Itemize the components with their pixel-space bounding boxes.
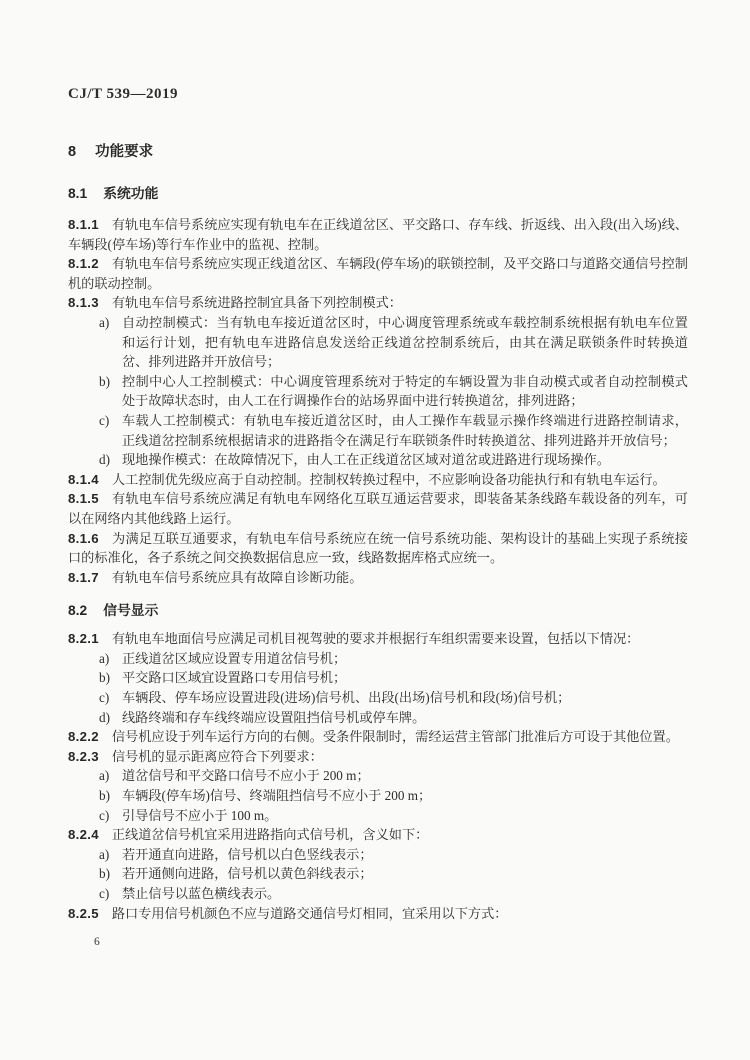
list-marker: c) (99, 884, 109, 904)
document-page: CJ/T 539—2019 8功能要求 8.1系统功能 8.1.1有轨电车信号系… (0, 0, 750, 1060)
clause-8-2-1: 8.2.1有轨电车地面信号应满足司机目视驾驶的要求并根据行车组织需要来设置，包括… (68, 629, 688, 649)
chapter-title: 功能要求 (95, 144, 153, 160)
list-marker: c) (99, 411, 109, 431)
list-item: a)自动控制模式：当有轨电车接近道岔区时，中心调度管理系统或车载控制系统根据有轨… (68, 313, 688, 372)
list-item: a)正线道岔区域应设置专用道岔信号机； (68, 649, 688, 669)
clause-number: 8.1.3 (68, 295, 99, 310)
section-title: 系统功能 (103, 186, 158, 201)
section-heading-8-2: 8.2信号显示 (68, 599, 688, 619)
clause-number: 8.2.5 (68, 906, 99, 921)
list-item: c)禁止信号以蓝色横线表示。 (68, 884, 688, 904)
clause-8-2-2: 8.2.2信号机应设于列车运行方向的右侧。受条件限制时，需经运营主管部门批准后方… (68, 727, 688, 747)
list-item-text: 车载人工控制模式：有轨电车接近道岔区时，由人工操作车载显示操作终端进行进路控制请… (122, 413, 688, 448)
list-item: c)车辆段、停车场应设置进段(进场)信号机、出段(出场)信号机和段(场)信号机； (68, 688, 688, 708)
clause-text: 人工控制优先级应高于自动控制。控制权转换过程中，不应影响设备功能执行和有轨电车运… (112, 472, 666, 487)
chapter-number: 8 (68, 144, 76, 160)
clause-number: 8.1.5 (68, 491, 99, 506)
clause-number: 8.1.7 (68, 570, 99, 585)
page-number: 6 (94, 936, 688, 948)
clause-8-1-4: 8.1.4人工控制优先级应高于自动控制。控制权转换过程中，不应影响设备功能执行和… (68, 470, 688, 490)
clause-number: 8.2.4 (68, 827, 99, 842)
list-item-text: 若开通直向进路，信号机以白色竖线表示； (122, 847, 373, 862)
clause-8-1-2: 8.1.2有轨电车信号系统应实现正线道岔区、车辆段(停车场)的联锁控制，及平交路… (68, 254, 688, 293)
list-marker: a) (99, 766, 109, 786)
list-item-text: 若开通侧向进路，信号机以黄色斜线表示； (122, 866, 373, 881)
clause-text: 有轨电车信号系统应实现正线道岔区、车辆段(停车场)的联锁控制，及平交路口与道路交… (68, 256, 688, 291)
clause-text: 信号机的显示距离应符合下列要求： (112, 749, 323, 764)
clause-number: 8.2.1 (68, 631, 99, 646)
clause-number: 8.1.4 (68, 472, 99, 487)
list-marker: c) (99, 688, 109, 708)
clause-text: 信号机应设于列车运行方向的右侧。受条件限制时，需经运营主管部门批准后方可设于其他… (112, 729, 679, 744)
clause-text: 有轨电车信号系统进路控制宜具备下列控制模式： (112, 295, 402, 310)
list-marker: a) (99, 649, 109, 669)
clause-text: 路口专用信号机颜色不应与道路交通信号灯相同，宜采用以下方式： (112, 906, 508, 921)
clause-number: 8.2.3 (68, 749, 99, 764)
clause-8-1-6: 8.1.6为满足互联互通要求，有轨电车信号系统应在统一信号系统功能、架构设计的基… (68, 529, 688, 568)
list-marker: b) (99, 786, 110, 806)
section-number: 8.1 (68, 186, 87, 201)
clause-8-1-7: 8.1.7有轨电车信号系统应具有故障自诊断功能。 (68, 568, 688, 588)
list-item: a)道岔信号和平交路口信号不应小于 200 m； (68, 766, 688, 786)
section-8-2-body: 8.2.1有轨电车地面信号应满足司机目视驾驶的要求并根据行车组织需要来设置，包括… (68, 629, 688, 923)
clause-8-1-1: 8.1.1有轨电车信号系统应实现有轨电车在正线道岔区、平交路口、存车线、折返线、… (68, 215, 688, 254)
clause-8-1-5: 8.1.5有轨电车信号系统应满足有轨电车网络化互联互通运营要求，即装备某条线路车… (68, 489, 688, 528)
clause-text: 为满足互联互通要求，有轨电车信号系统应在统一信号系统功能、架构设计的基础上实现子… (68, 531, 688, 566)
list-item-text: 车辆段、停车场应设置进段(进场)信号机、出段(出场)信号机和段(场)信号机； (122, 690, 570, 705)
chapter-heading: 8功能要求 (68, 140, 688, 161)
list-item-text: 道岔信号和平交路口信号不应小于 200 m； (122, 768, 370, 783)
list-item-text: 引导信号不应小于 100 m。 (122, 808, 277, 823)
list-marker: a) (99, 313, 109, 333)
clause-number: 8.1.2 (68, 256, 99, 271)
list-item: c)车载人工控制模式：有轨电车接近道岔区时，由人工操作车载显示操作终端进行进路控… (68, 411, 688, 450)
list-marker: b) (99, 864, 110, 884)
clause-text: 正线道岔信号机宜采用进路指向式信号机，含义如下： (112, 827, 429, 842)
list-item-text: 车辆段(停车场)信号、终端阻挡信号不应小于 200 m； (122, 788, 431, 803)
list-item-text: 平交路口区域宜设置路口专用信号机； (122, 670, 346, 685)
list-item: b)平交路口区域宜设置路口专用信号机； (68, 668, 688, 688)
list-item: b)控制中心人工控制模式：中心调度管理系统对于特定的车辆设置为非自动模式或者自动… (68, 372, 688, 411)
clause-text: 有轨电车信号系统应满足有轨电车网络化互联互通运营要求，即装备某条线路车载设备的列… (68, 491, 688, 526)
list-marker: d) (99, 708, 110, 728)
list-item-text: 自动控制模式：当有轨电车接近道岔区时，中心调度管理系统或车载控制系统根据有轨电车… (122, 315, 688, 369)
clause-8-2-5: 8.2.5路口专用信号机颜色不应与道路交通信号灯相同，宜采用以下方式： (68, 904, 688, 924)
list-marker: a) (99, 845, 109, 865)
list-item: b)车辆段(停车场)信号、终端阻挡信号不应小于 200 m； (68, 786, 688, 806)
clause-text: 有轨电车信号系统应实现有轨电车在正线道岔区、平交路口、存车线、折返线、出入段(出… (68, 217, 688, 252)
list-marker: b) (99, 668, 110, 688)
list-marker: b) (99, 372, 110, 392)
clause-number: 8.1.6 (68, 531, 99, 546)
list-item-text: 现地操作模式：在故障情况下，由人工在正线道岔区域对道岔或进路进行现场操作。 (122, 452, 610, 467)
clause-8-1-3: 8.1.3有轨电车信号系统进路控制宜具备下列控制模式： (68, 293, 688, 313)
list-item: c)引导信号不应小于 100 m。 (68, 806, 688, 826)
list-item-text: 禁止信号以蓝色横线表示。 (122, 886, 280, 901)
list-item-text: 线路终端和存车线终端应设置阻挡信号机或停车牌。 (122, 710, 425, 725)
section-title: 信号显示 (103, 603, 158, 618)
list-item: d)线路终端和存车线终端应设置阻挡信号机或停车牌。 (68, 708, 688, 728)
section-heading-8-1: 8.1系统功能 (68, 182, 688, 202)
list-item: a)若开通直向进路，信号机以白色竖线表示； (68, 845, 688, 865)
doc-code-header: CJ/T 539—2019 (68, 86, 688, 103)
clause-8-2-4: 8.2.4正线道岔信号机宜采用进路指向式信号机，含义如下： (68, 825, 688, 845)
list-item-text: 控制中心人工控制模式：中心调度管理系统对于特定的车辆设置为非自动模式或者自动控制… (122, 374, 688, 409)
list-item: d)现地操作模式：在故障情况下，由人工在正线道岔区域对道岔或进路进行现场操作。 (68, 450, 688, 470)
clause-text: 有轨电车信号系统应具有故障自诊断功能。 (112, 570, 363, 585)
list-marker: c) (99, 806, 109, 826)
list-item: b)若开通侧向进路，信号机以黄色斜线表示； (68, 864, 688, 884)
clause-number: 8.2.2 (68, 729, 99, 744)
section-number: 8.2 (68, 603, 87, 618)
clause-number: 8.1.1 (68, 217, 99, 232)
clause-8-2-3: 8.2.3信号机的显示距离应符合下列要求： (68, 747, 688, 767)
list-item-text: 正线道岔区域应设置专用道岔信号机； (122, 651, 346, 666)
section-8-1-body: 8.1.1有轨电车信号系统应实现有轨电车在正线道岔区、平交路口、存车线、折返线、… (68, 215, 688, 587)
clause-text: 有轨电车地面信号应满足司机目视驾驶的要求并根据行车组织需要来设置，包括以下情况： (112, 631, 640, 646)
list-marker: d) (99, 450, 110, 470)
